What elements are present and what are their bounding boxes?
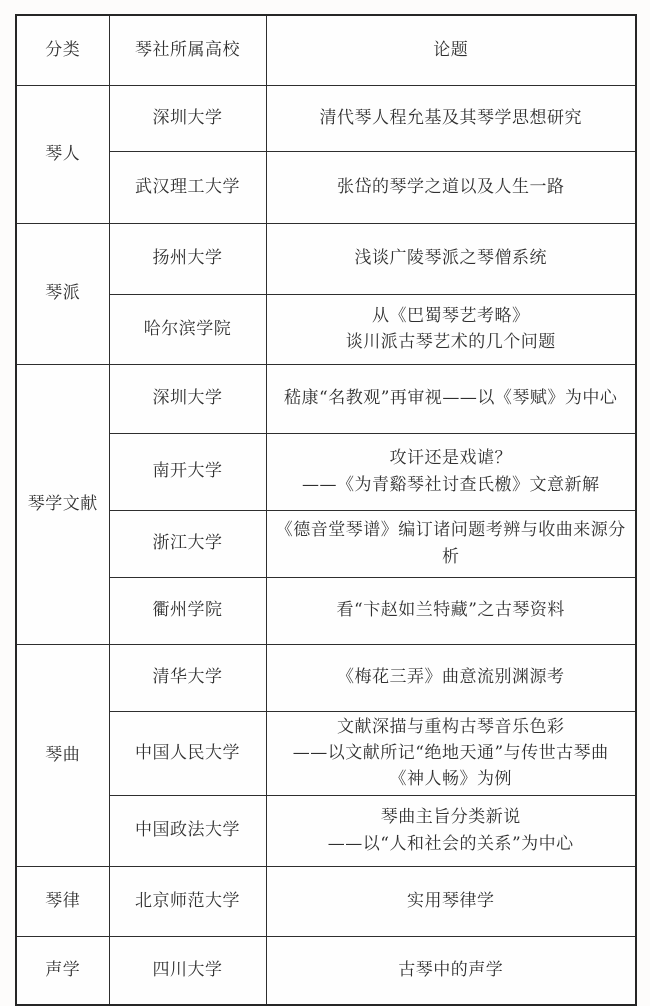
university-cell: 哈尔滨学院 (109, 294, 266, 364)
category-cell: 琴派 (16, 223, 109, 364)
topic-cell: 实用琴律学 (266, 866, 636, 936)
university-cell: 武汉理工大学 (109, 151, 266, 223)
university-cell: 南开大学 (109, 433, 266, 510)
topic-cell: 嵇康“名教观”再审视——以《琴赋》为中心 (266, 364, 636, 433)
table-row: 琴人 深圳大学 清代琴人程允基及其琴学思想研究 (16, 85, 636, 151)
table-row: 琴律 北京师范大学 实用琴律学 (16, 866, 636, 936)
table-row: 中国人民大学 文献深描与重构古琴音乐色彩 ——以文献所记“绝地天通”与传世古琴曲… (16, 711, 636, 795)
table-row: 衢州学院 看“卞赵如兰特藏”之古琴资料 (16, 577, 636, 644)
header-category: 分类 (16, 15, 109, 85)
topic-cell: 看“卞赵如兰特藏”之古琴资料 (266, 577, 636, 644)
table-row: 中国政法大学 琴曲主旨分类新说 ——以“人和社会的关系”为中心 (16, 795, 636, 866)
university-cell: 浙江大学 (109, 510, 266, 577)
topic-cell: 古琴中的声学 (266, 936, 636, 1005)
category-cell: 琴学文献 (16, 364, 109, 644)
table-row: 琴派 扬州大学 浅谈广陵琴派之琴僧系统 (16, 223, 636, 294)
table-row: 武汉理工大学 张岱的琴学之道以及人生一路 (16, 151, 636, 223)
topic-cell: 清代琴人程允基及其琴学思想研究 (266, 85, 636, 151)
university-cell: 四川大学 (109, 936, 266, 1005)
header-row: 分类 琴社所属高校 论题 (16, 15, 636, 85)
category-cell: 琴律 (16, 866, 109, 936)
topic-cell: 浅谈广陵琴派之琴僧系统 (266, 223, 636, 294)
table-row: 琴学文献 深圳大学 嵇康“名教观”再审视——以《琴赋》为中心 (16, 364, 636, 433)
topic-cell: 攻讦还是戏谑？ ——《为青谿琴社讨查氏檄》文意新解 (266, 433, 636, 510)
table-row: 哈尔滨学院 从《巴蜀琴艺考略》 谈川派古琴艺术的几个问题 (16, 294, 636, 364)
topic-cell: 张岱的琴学之道以及人生一路 (266, 151, 636, 223)
topic-cell: 从《巴蜀琴艺考略》 谈川派古琴艺术的几个问题 (266, 294, 636, 364)
qin-society-topics-table: 分类 琴社所属高校 论题 琴人 深圳大学 清代琴人程允基及其琴学思想研究 武汉理… (15, 14, 637, 1006)
category-cell: 琴曲 (16, 644, 109, 866)
university-cell: 衢州学院 (109, 577, 266, 644)
table-row: 琴曲 清华大学 《梅花三弄》曲意流别渊源考 (16, 644, 636, 711)
topic-cell: 琴曲主旨分类新说 ——以“人和社会的关系”为中心 (266, 795, 636, 866)
topic-cell: 《梅花三弄》曲意流别渊源考 (266, 644, 636, 711)
topic-cell: 《德音堂琴谱》编订诸问题考辨与收曲来源分析 (266, 510, 636, 577)
university-cell: 中国人民大学 (109, 711, 266, 795)
table-row: 南开大学 攻讦还是戏谑？ ——《为青谿琴社讨查氏檄》文意新解 (16, 433, 636, 510)
university-cell: 深圳大学 (109, 364, 266, 433)
category-cell: 琴人 (16, 85, 109, 223)
university-cell: 扬州大学 (109, 223, 266, 294)
university-cell: 中国政法大学 (109, 795, 266, 866)
university-cell: 清华大学 (109, 644, 266, 711)
university-cell: 深圳大学 (109, 85, 266, 151)
university-cell: 北京师范大学 (109, 866, 266, 936)
header-topic: 论题 (266, 15, 636, 85)
header-university: 琴社所属高校 (109, 15, 266, 85)
topic-cell: 文献深描与重构古琴音乐色彩 ——以文献所记“绝地天通”与传世古琴曲 《神人畅》为… (266, 711, 636, 795)
category-cell: 声学 (16, 936, 109, 1005)
table-row: 声学 四川大学 古琴中的声学 (16, 936, 636, 1005)
table-row: 浙江大学 《德音堂琴谱》编订诸问题考辨与收曲来源分析 (16, 510, 636, 577)
document-page: 分类 琴社所属高校 论题 琴人 深圳大学 清代琴人程允基及其琴学思想研究 武汉理… (0, 0, 650, 1006)
